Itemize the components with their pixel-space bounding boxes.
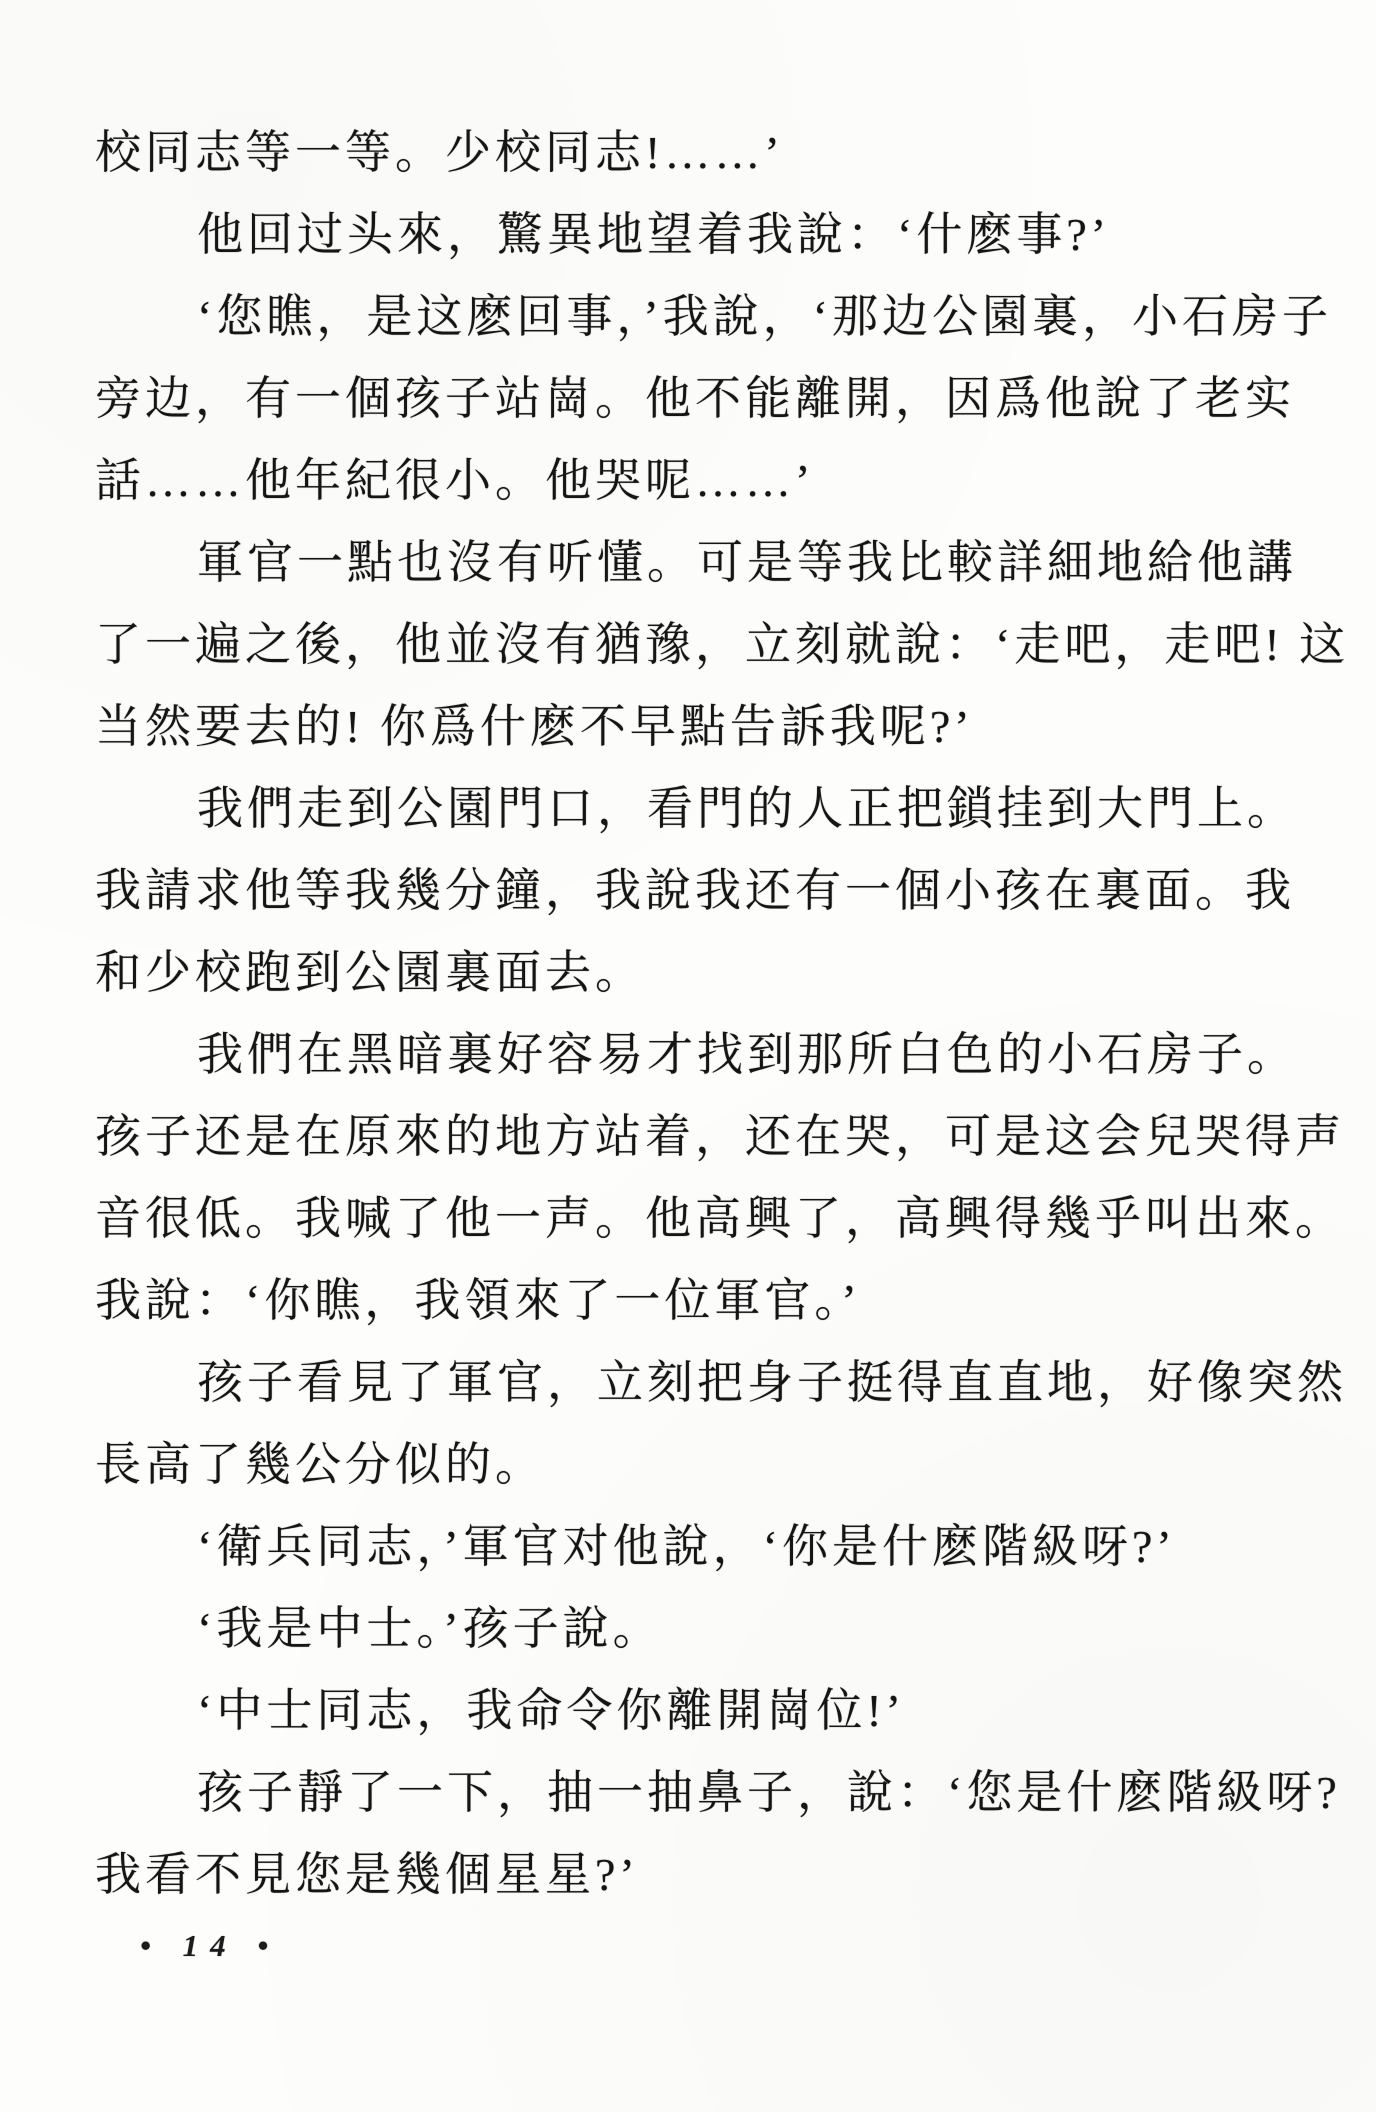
- text-line: 音很低。我喊了他一声。他高興了，高興得幾乎叫出來。: [95, 1178, 1320, 1260]
- text-line: ‘我是中士。’孩子說。: [95, 1588, 1320, 1670]
- text-block: 校同志等一等。少校同志!……’他回过头來，驚異地望着我說：‘什麽事?’‘您瞧，是…: [95, 112, 1320, 1916]
- book-page: 校同志等一等。少校同志!……’他回过头來，驚異地望着我說：‘什麽事?’‘您瞧，是…: [0, 0, 1376, 2112]
- text-line: 我說：‘你瞧，我領來了一位軍官。’: [95, 1260, 1320, 1342]
- text-line: 我看不見您是幾個星星?’: [95, 1834, 1320, 1916]
- text-line: 孩子还是在原來的地方站着，还在哭，可是这会兒哭得声: [95, 1096, 1320, 1178]
- text-line: 他回过头來，驚異地望着我說：‘什麽事?’: [95, 194, 1320, 276]
- page-number: • 14 •: [140, 1928, 280, 1964]
- text-line: 了一遍之後，他並沒有猶豫，立刻就說：‘走吧，走吧! 这: [95, 604, 1320, 686]
- text-line: 孩子靜了一下，抽一抽鼻子，說：‘您是什麽階級呀?: [95, 1752, 1320, 1834]
- text-line: 当然要去的! 你爲什麽不早點告訴我呢?’: [95, 686, 1320, 768]
- text-line: ‘您瞧，是这麽回事，’我說，‘那边公園裏，小石房子: [95, 276, 1320, 358]
- text-line: ‘中士同志，我命令你離開崗位!’: [95, 1670, 1320, 1752]
- text-line: 我們在黑暗裏好容易才找到那所白色的小石房子。: [95, 1014, 1320, 1096]
- text-line: ‘衛兵同志，’軍官对他說，‘你是什麽階級呀?’: [95, 1506, 1320, 1588]
- text-line: 我們走到公園門口，看門的人正把鎖挂到大門上。: [95, 768, 1320, 850]
- text-line: 長高了幾公分似的。: [95, 1424, 1320, 1506]
- text-line: 軍官一點也沒有听懂。可是等我比較詳細地給他講: [95, 522, 1320, 604]
- text-line: 話……他年紀很小。他哭呢……’: [95, 440, 1320, 522]
- text-line: 和少校跑到公園裏面去。: [95, 932, 1320, 1014]
- text-line: 孩子看見了軍官，立刻把身子挺得直直地，好像突然: [95, 1342, 1320, 1424]
- text-line: 我請求他等我幾分鐘，我說我还有一個小孩在裏面。我: [95, 850, 1320, 932]
- text-line: 校同志等一等。少校同志!……’: [95, 112, 1320, 194]
- text-line: 旁边，有一個孩子站崗。他不能離開，因爲他說了老实: [95, 358, 1320, 440]
